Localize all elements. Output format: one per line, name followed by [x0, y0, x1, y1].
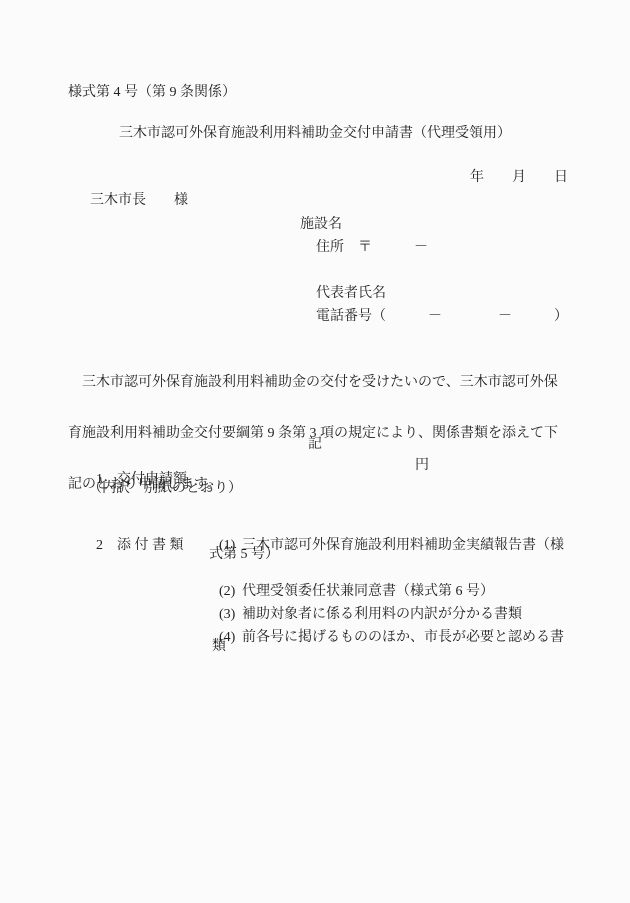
attachment-text-continued: 類: [212, 640, 226, 654]
addressee: 三木市長 様: [90, 194, 188, 208]
form-number: 様式第 4 号（第 9 条関係）: [68, 86, 236, 100]
attachment-text: 前各号に掲げるもののほか、市長が必要と認める書: [242, 630, 564, 645]
date-line: 年 月 日: [470, 171, 568, 185]
item2-label: 添 付 書 類: [117, 539, 219, 553]
facility-name-label: 施設名: [300, 218, 342, 232]
document-title: 三木市認可外保育施設利用料補助金交付申請書（代理受領用）: [0, 127, 630, 141]
address-line: 住所 〒 －: [316, 241, 428, 255]
record-heading: 記: [0, 438, 630, 452]
amount-unit: 円: [415, 459, 429, 473]
item2-row: 2添 付 書 類: [82, 525, 219, 567]
body-line: 三木市認可外保育施設利用料補助金の交付を受けたいので、三木市認可外保: [68, 371, 558, 394]
attachment-text: 三木市認可外保育施設利用料補助金実績報告書（様: [242, 538, 564, 553]
phone-number-line: 電話番号（ － － ）: [316, 310, 568, 324]
item1-note: （内訳 別紙のとおり）: [88, 482, 242, 496]
representative-name-label: 代表者氏名: [316, 287, 386, 301]
attachment-text-continued: 式第 5 号）: [209, 548, 279, 562]
application-form-page: 様式第 4 号（第 9 条関係） 三木市認可外保育施設利用料補助金交付申請書（代…: [0, 0, 630, 903]
attachment-row: (4)前各号に掲げるもののほか、市長が必要と認める書: [205, 617, 564, 659]
item2-number: 2: [96, 539, 117, 553]
